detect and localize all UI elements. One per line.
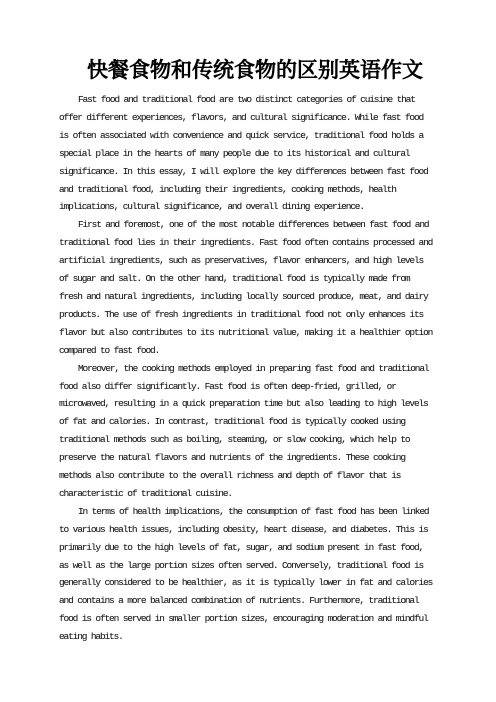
- document-title: 快餐食物和传统食物的区别英语作文: [59, 58, 451, 83]
- document-page: 快餐食物和传统食物的区别英语作文 Fast food and tradition…: [0, 0, 496, 702]
- essay-paragraph-intro: Fast food and traditional food are two d…: [59, 91, 451, 216]
- essay-paragraph-cooking-methods: Moreover, the cooking methods employed i…: [59, 360, 451, 503]
- essay-paragraph-health: In terms of health implications, the con…: [59, 503, 451, 646]
- essay-body: Fast food and traditional food are two d…: [59, 91, 451, 646]
- essay-paragraph-ingredients: First and foremost, one of the most nota…: [59, 216, 451, 359]
